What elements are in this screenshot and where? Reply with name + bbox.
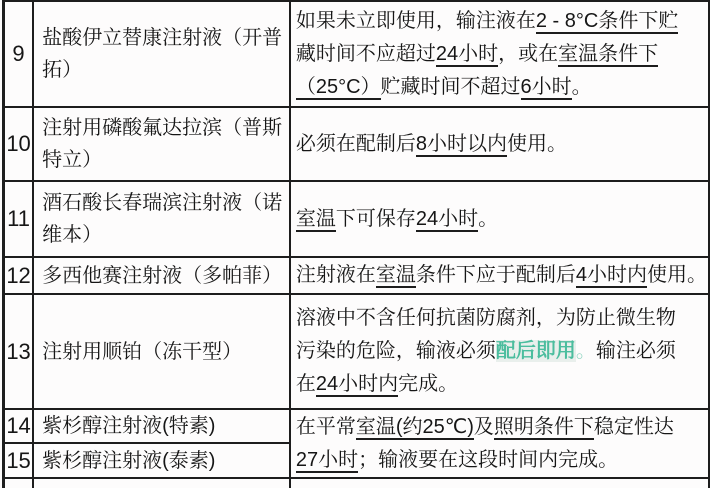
text-line: 拓） [42, 54, 287, 86]
storage-condition-cell: 必须在配制后8小时以内使用。 [290, 107, 709, 181]
text-run: 紫杉醇注射液(泰素) [42, 450, 215, 472]
drug-name-cell: 紫杉醇注射液(特素) [33, 409, 290, 443]
text-run: 如果未立即使用，输注液在 [296, 10, 536, 32]
text-line: 多西他赛注射液（多帕菲） [42, 260, 287, 292]
text-run: 使用。 [507, 133, 567, 155]
text-run: 。 [572, 76, 592, 98]
text-run: 酒石酸长春瑞滨注射液（诺 [42, 192, 282, 214]
text-run: 紫杉醇注射液(特素) [42, 415, 215, 437]
underlined-text: 24小时内 [316, 373, 398, 397]
drug-name-cell: 盐酸伊立替康注射液（开普拓） [33, 1, 290, 107]
row-number-cell: 11 [4, 181, 34, 257]
table-row-9: 9 盐酸伊立替康注射液（开普拓） 如果未立即使用，输注液在2 - 8°C条件下贮… [4, 1, 710, 107]
storage-condition-cell: 如果未立即使用，输注液在2 - 8°C条件下贮藏时间不应超过24小时，或在室温条… [290, 1, 709, 107]
underlined-text: 室温条件下 [558, 43, 658, 67]
text-line: 特立） [42, 144, 287, 176]
text-run: 拓） [42, 59, 82, 81]
text-run: 在平常 [296, 416, 356, 438]
text-line: 紫杉醇注射液(特素) [42, 410, 287, 442]
drug-name-cell: 注射用顺铂（冻干型） [33, 294, 290, 409]
storage-condition-cell [290, 478, 709, 488]
underlined-text: 24小时 [436, 43, 498, 67]
table-row-13: 13 注射用顺铂（冻干型） 溶液中不含任何抗菌防腐剂，为防止微生物污染的危险，输… [4, 294, 710, 409]
text-line: 注射液在室温条件下应于配制后4小时内使用。 [296, 259, 707, 292]
text-line: 酒石酸长春瑞滨注射液（诺 [42, 187, 287, 219]
underlined-text: （25°C） [296, 76, 381, 100]
text-line: 在平常室温(约25℃)及照明条件下稳定性达 [296, 411, 707, 444]
text-line: （25°C）贮藏时间不超过6小时。 [296, 71, 707, 104]
underlined-text: 2 - 8°C条件下贮 [536, 10, 678, 34]
text-line: 溶液中不含任何抗菌防腐剂，为防止微生物 [296, 302, 707, 335]
storage-condition-cell: 溶液中不含任何抗菌防腐剂，为防止微生物污染的危险，输液必须配后即用。输注必须在2… [290, 294, 709, 409]
text-run: 特立） [42, 149, 102, 171]
drug-name-cell [33, 478, 290, 488]
underlined-text: 室温(约25℃) [356, 416, 474, 440]
storage-condition-cell: 室温下可保存24小时。 [290, 181, 709, 257]
underlined-text: 24小时 [416, 208, 478, 232]
text-run: 完成。 [398, 373, 458, 395]
underlined-text: 4小时内 [576, 264, 647, 288]
text-line: 注射用顺铂（冻干型） [42, 336, 287, 368]
drug-name-cell: 紫杉醇注射液(泰素) [33, 443, 290, 478]
screenshot-root: 9 盐酸伊立替康注射液（开普拓） 如果未立即使用，输注液在2 - 8°C条件下贮… [0, 0, 710, 488]
text-line: 维本） [42, 219, 287, 251]
text-line: 注射用磷酸氟达拉滨（普斯 [42, 112, 287, 144]
text-run: 注射用顺铂（冻干型） [42, 341, 242, 363]
underlined-text: 6小时 [521, 76, 572, 100]
drug-name-cell: 多西他赛注射液（多帕菲） [33, 257, 290, 294]
text-line: 藏时间不应超过24小时，或在室温条件下 [296, 38, 707, 71]
text-run: 注射液在 [296, 264, 376, 286]
table-row-14: 14 紫杉醇注射液(特素) 在平常室温(约25℃)及照明条件下稳定性达27小时；… [4, 409, 710, 443]
drug-name-cell: 酒石酸长春瑞滨注射液（诺维本） [33, 181, 290, 257]
text-run: 贮藏时间不超过 [381, 76, 521, 98]
text-line: 如果未立即使用，输注液在2 - 8°C条件下贮 [296, 5, 707, 38]
text-run: 藏时间不应超过 [296, 43, 436, 65]
text-run: 注射用磷酸氟达拉滨（普斯 [42, 117, 282, 139]
row-number-cell: 10 [4, 107, 34, 181]
underlined-text: 27小时 [296, 449, 358, 473]
row-number-cell: 14 [4, 409, 34, 443]
text-run: 维本） [42, 224, 102, 246]
text-run: 必须在配制后 [296, 133, 416, 155]
storage-condition-cell: 注射液在室温条件下应于配制后4小时内使用。 [290, 257, 709, 294]
table-row-10: 10 注射用磷酸氟达拉滨（普斯特立） 必须在配制后8小时以内使用。 [4, 107, 710, 181]
text-run: 盐酸伊立替康注射液（开普 [42, 27, 282, 49]
row-number-cell: 13 [4, 294, 34, 409]
text-run: 稳定性达 [594, 416, 674, 438]
text-run: ，或在 [498, 43, 558, 65]
drug-name-cell: 注射用磷酸氟达拉滨（普斯特立） [33, 107, 290, 181]
text-line: 27小时；输液要在这段时间内完成。 [296, 444, 707, 477]
text-run: 输注必须 [596, 340, 676, 362]
text-line: 在24小时内完成。 [296, 368, 707, 401]
text-run: ；输液要在这段时间内完成。 [358, 449, 618, 471]
row-number-cell: 15 [4, 443, 34, 478]
row-number-cell: 9 [4, 1, 34, 107]
text-line: 污染的危险，输液必须配后即用。输注必须 [296, 335, 707, 368]
row-number-cell [4, 478, 34, 488]
text-run: 条件下应于配制后 [416, 264, 576, 286]
green-highlight-text: 配后即用 [496, 340, 576, 362]
text-run: 及 [474, 416, 494, 438]
drug-storage-table: 9 盐酸伊立替康注射液（开普拓） 如果未立即使用，输注液在2 - 8°C条件下贮… [2, 0, 710, 488]
underlined-text: 8小时以内 [416, 133, 507, 157]
table-row-12: 12 多西他赛注射液（多帕菲） 注射液在室温条件下应于配制后4小时内使用。 [4, 257, 710, 294]
text-run: 。 [478, 208, 498, 230]
text-run: 溶液中不含任何抗菌防腐剂，为防止微生物 [296, 307, 676, 329]
underlined-text: 室温 [296, 208, 336, 232]
text-line: 盐酸伊立替康注射液（开普 [42, 22, 287, 54]
green-period: 。 [576, 340, 596, 362]
table-row-11: 11 酒石酸长春瑞滨注射液（诺维本） 室温下可保存24小时。 [4, 181, 710, 257]
row-number-cell: 12 [4, 257, 34, 294]
storage-condition-cell: 在平常室温(约25℃)及照明条件下稳定性达27小时；输液要在这段时间内完成。 [290, 409, 709, 478]
underlined-text: 室温 [376, 264, 416, 288]
text-run: 使用。 [647, 264, 707, 286]
text-line: 必须在配制后8小时以内使用。 [296, 128, 707, 161]
text-line: 室温下可保存24小时。 [296, 203, 707, 236]
underlined-text: 照明条件下 [494, 416, 594, 440]
text-line: 紫杉醇注射液(泰素) [42, 445, 287, 477]
text-run: 下可保存 [336, 208, 416, 230]
text-run: 多西他赛注射液（多帕菲） [42, 265, 282, 287]
text-run: 污染的危险，输液必须 [296, 340, 496, 362]
partial-next-row [4, 478, 710, 488]
text-run: 在 [296, 373, 316, 395]
